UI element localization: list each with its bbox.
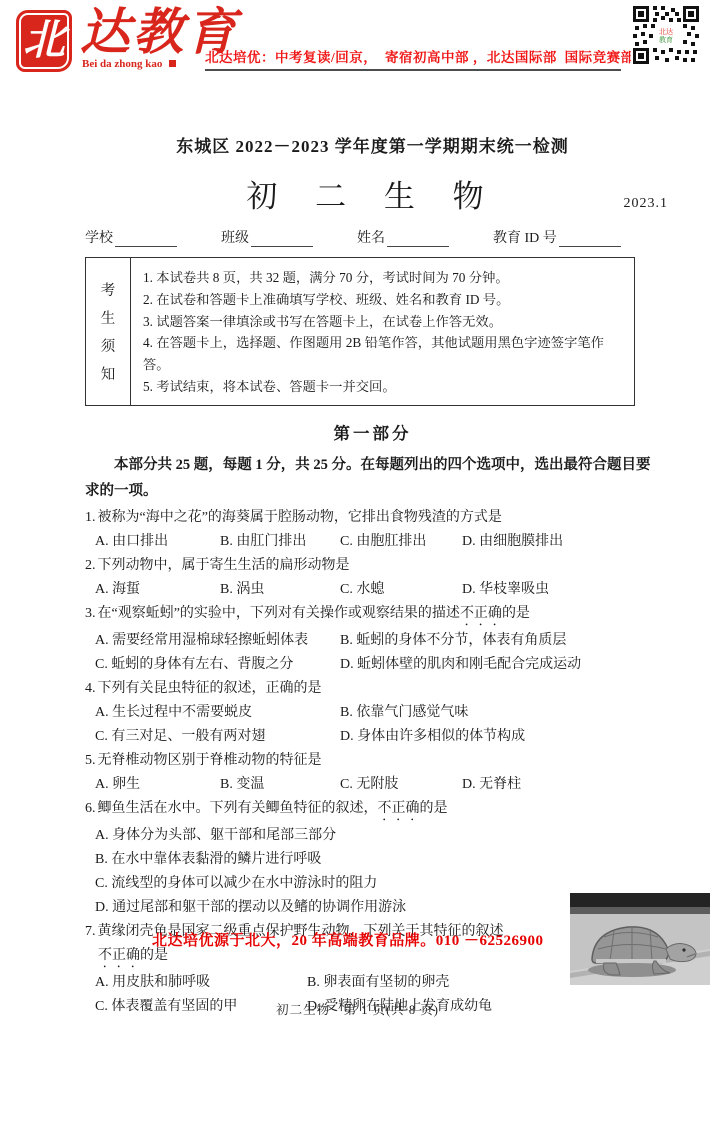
- notice-char: 考: [101, 279, 116, 300]
- name-field: 姓名: [357, 227, 449, 247]
- option-d: D. 身体由许多相似的体节构成: [340, 725, 660, 749]
- question-number: 7.: [85, 924, 96, 939]
- question-text: 下列有关昆虫特征的叙述，正确的是: [98, 681, 322, 696]
- option-b: B. 在水中靠体表黏滑的鳞片进行呼吸: [95, 848, 660, 872]
- question-5-stem: 5.无脊椎动物区别于脊椎动物的特征是: [85, 749, 660, 773]
- option-a: A. 海蜇: [95, 578, 220, 602]
- question-2-stem: 2.下列动物中，属于寄生生活的扁形动物是: [85, 554, 660, 578]
- notice-side-label: 考 生 须 知: [86, 258, 131, 405]
- candidate-notice-box: 考 生 须 知 1. 本试卷共 8 页，共 32 题，满分 70 分，考试时间为…: [85, 257, 635, 406]
- exam-date: 2023.1: [624, 196, 669, 212]
- option-a: A. 身体分为头部、躯干部和尾部三部分: [95, 824, 660, 848]
- exam-title: 东城区 2022－2023 学年度第一学期期末统一检测: [85, 132, 660, 157]
- option-c: C. 无附肢: [340, 773, 462, 797]
- question-1-options: A. 由口排出 B. 由肛门排出 C. 由胞肛排出 D. 由细胞膜排出: [85, 530, 660, 554]
- option-a: A. 由口排出: [95, 530, 220, 554]
- emphasized-text: 不正确: [98, 948, 140, 963]
- option-a: A. 卵生: [95, 773, 220, 797]
- question-6-stem: 6.鲫鱼生活在水中。下列有关鲫鱼特征的叙述，不正确的是: [85, 797, 660, 824]
- question-5: 5.无脊椎动物区别于脊椎动物的特征是 A. 卵生 B. 变温 C. 无附肢 D.…: [85, 749, 660, 797]
- edu-id-blank[interactable]: [559, 231, 621, 247]
- option-d: D. 华枝睾吸虫: [462, 578, 660, 602]
- emphasized-text: 不正确: [378, 801, 420, 816]
- notice-item: 5. 考试结束，将本试卷、答题卡一并交回。: [143, 376, 626, 398]
- question-text: 鲫鱼生活在水中。下列有关鲫鱼特征的叙述，: [98, 801, 378, 816]
- edu-id-field: 教育 ID 号: [493, 227, 621, 247]
- exam-paper-page: 北 达教育 Bei da zhong kao 北达培优：中考复读/回京， 寄宿初…: [0, 0, 715, 1134]
- subject-row: 初 二 生 物 2023.1: [85, 171, 660, 215]
- notice-item: 2. 在试卷和答题卡上准确填写学校、班级、姓名和教育 ID 号。: [143, 289, 626, 311]
- class-blank[interactable]: [251, 231, 313, 247]
- notice-char: 知: [101, 363, 116, 384]
- class-label: 班级: [221, 231, 249, 246]
- question-4: 4.下列有关昆虫特征的叙述，正确的是 A. 生长过程中不需要蜕皮 B. 依靠气门…: [85, 677, 660, 749]
- ad-watermark: 北达培优源于北大，20 年高端教育品牌。010 －62526900: [152, 929, 544, 950]
- question-number: 3.: [85, 606, 96, 621]
- option-d: D. 蚯蚓体壁的肌肉和刚毛配合完成运动: [340, 653, 660, 677]
- notice-char: 须: [101, 335, 116, 356]
- part1-instructions: 本部分共 25 题，每题 1 分，共 25 分。在每题列出的四个选项中，选出最符…: [85, 452, 660, 504]
- question-number: 4.: [85, 681, 96, 696]
- option-d: D. 无脊柱: [462, 773, 660, 797]
- question-number: 2.: [85, 558, 96, 573]
- question-3-options: A. 需要经常用湿棉球轻擦蚯蚓体表 B. 蚯蚓的身体不分节，体表有角质层 C. …: [85, 629, 660, 677]
- page-body: 东城区 2022－2023 学年度第一学期期末统一检测 初 二 生 物 2023…: [0, 0, 715, 1019]
- page-footer: 初二生物 第 1 页(共 8 页): [0, 1000, 715, 1018]
- question-4-stem: 4.下列有关昆虫特征的叙述，正确的是: [85, 677, 660, 701]
- option-b: B. 涡虫: [220, 578, 340, 602]
- question-2-options: A. 海蜇 B. 涡虫 C. 水螅 D. 华枝睾吸虫: [85, 578, 660, 602]
- question-text: 的是: [420, 801, 448, 816]
- option-c: C. 由胞肛排出: [340, 530, 462, 554]
- subject-title: 初 二 生 物: [246, 179, 498, 214]
- question-text: 无脊椎动物区别于脊椎动物的特征是: [98, 753, 322, 768]
- question-5-options: A. 卵生 B. 变温 C. 无附肢 D. 无脊柱: [85, 773, 660, 797]
- school-field: 学校: [85, 227, 177, 247]
- option-a: A. 用皮肤和肺呼吸: [95, 971, 307, 995]
- question-number: 1.: [85, 510, 96, 525]
- option-b: B. 依靠气门感觉气味: [340, 701, 660, 725]
- question-text: 的是: [140, 948, 168, 963]
- part1-heading: 第一部分: [85, 420, 660, 444]
- question-2: 2.下列动物中，属于寄生生活的扁形动物是 A. 海蜇 B. 涡虫 C. 水螅 D…: [85, 554, 660, 602]
- turtle-photo: [570, 893, 710, 985]
- question-text: 被称为“海中之花”的海葵属于腔肠动物，它排出食物残渣的方式是: [98, 510, 502, 525]
- option-b: B. 由肛门排出: [220, 530, 340, 554]
- school-blank[interactable]: [115, 231, 177, 247]
- notice-items: 1. 本试卷共 8 页，共 32 题，满分 70 分，考试时间为 70 分钟。 …: [131, 258, 634, 405]
- name-blank[interactable]: [387, 231, 449, 247]
- name-label: 姓名: [357, 231, 385, 246]
- option-b: B. 变温: [220, 773, 340, 797]
- notice-item: 4. 在答题卡上，选择题、作图题用 2B 铅笔作答，其他试题用黑色字迹签字笔作答…: [143, 332, 626, 376]
- option-a: A. 需要经常用湿棉球轻擦蚯蚓体表: [95, 629, 340, 653]
- school-label: 学校: [85, 231, 113, 246]
- question-1: 1.被称为“海中之花”的海葵属于腔肠动物，它排出食物残渣的方式是 A. 由口排出…: [85, 506, 660, 554]
- question-text: 在“观察蚯蚓”的实验中，下列对有关操作或观察结果的描述: [98, 606, 460, 621]
- notice-char: 生: [101, 307, 116, 328]
- class-field: 班级: [221, 227, 313, 247]
- option-c: C. 蚯蚓的身体有左右、背腹之分: [95, 653, 340, 677]
- student-info-row: 学校 班级 姓名 教育 ID 号: [85, 227, 660, 247]
- question-3-stem: 3.在“观察蚯蚓”的实验中，下列对有关操作或观察结果的描述不正确的是: [85, 602, 660, 629]
- question-3: 3.在“观察蚯蚓”的实验中，下列对有关操作或观察结果的描述不正确的是 A. 需要…: [85, 602, 660, 677]
- question-4-options: A. 生长过程中不需要蜕皮 B. 依靠气门感觉气味 C. 有三对足、一般有两对翅…: [85, 701, 660, 749]
- option-c: C. 有三对足、一般有两对翅: [95, 725, 340, 749]
- question-text: 的是: [502, 606, 530, 621]
- question-number: 6.: [85, 801, 96, 816]
- question-1-stem: 1.被称为“海中之花”的海葵属于腔肠动物，它排出食物残渣的方式是: [85, 506, 660, 530]
- question-number: 5.: [85, 753, 96, 768]
- edu-id-label: 教育 ID 号: [493, 231, 557, 246]
- notice-item: 1. 本试卷共 8 页，共 32 题，满分 70 分，考试时间为 70 分钟。: [143, 267, 626, 289]
- option-c: C. 水螅: [340, 578, 462, 602]
- option-d: D. 由细胞膜排出: [462, 530, 660, 554]
- emphasized-text: 不正确: [460, 606, 502, 621]
- option-b: B. 蚯蚓的身体不分节，体表有角质层: [340, 629, 660, 653]
- question-text: 下列动物中，属于寄生生活的扁形动物是: [98, 558, 350, 573]
- notice-item: 3. 试题答案一律填涂或书写在答题卡上，在试卷上作答无效。: [143, 311, 626, 333]
- option-a: A. 生长过程中不需要蜕皮: [95, 701, 340, 725]
